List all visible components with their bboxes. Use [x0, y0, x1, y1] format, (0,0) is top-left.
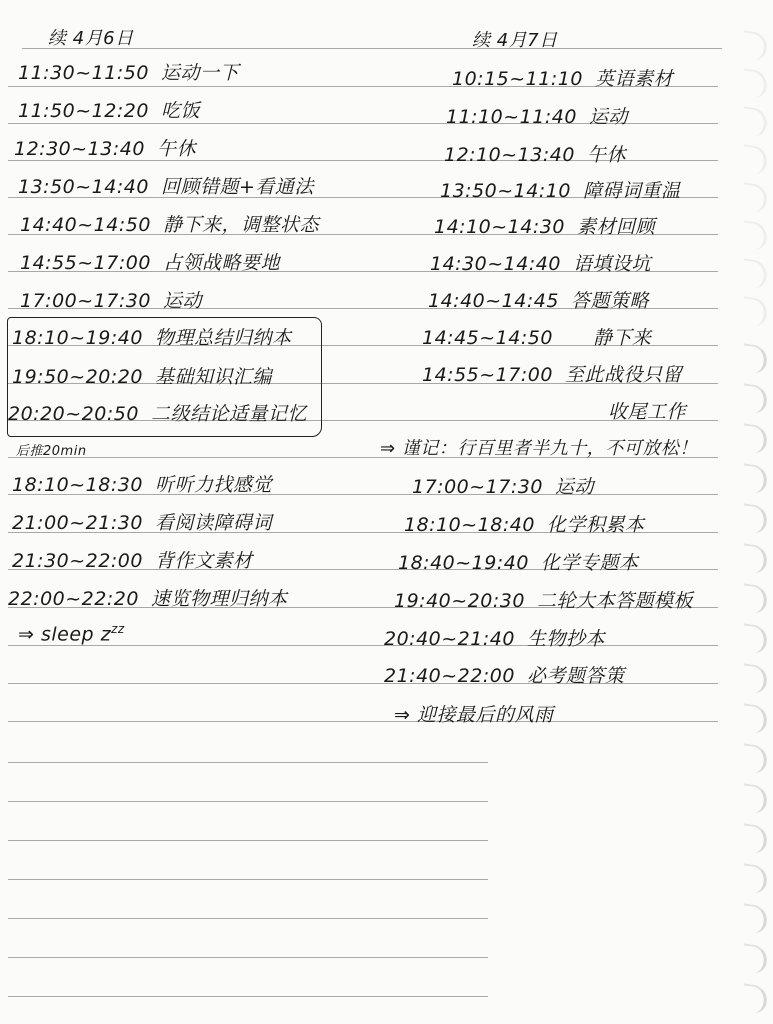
- schedule-entry: 14:30~14:40语填设坑: [430, 249, 651, 276]
- schedule-entry: 13:50~14:40回顾错题+看通法: [18, 172, 314, 199]
- entry-task: 英语素材: [595, 68, 673, 90]
- schedule-entry: 21:30~22:00背作文素材: [12, 546, 252, 573]
- schedule-entry: 14:55~17:00占领战略要地: [20, 248, 280, 275]
- binder-hole-icon: [740, 503, 769, 534]
- entry-time: 18:40~19:40: [398, 552, 529, 574]
- entry-time: 11:10~11:40: [446, 106, 577, 128]
- entry-task: 化学专题本: [541, 552, 639, 574]
- entry-time: 13:50~14:10: [440, 180, 571, 202]
- reminder-note: ⇒ 谨记：行百里者半九十，不可放松！: [380, 434, 698, 460]
- entry-task: 二级结论适量记忆: [151, 403, 307, 425]
- binder-hole-icon: [740, 943, 769, 974]
- schedule-entry: 11:30~11:50运动一下: [18, 58, 239, 85]
- entry-task: 必考题答策: [527, 665, 625, 687]
- ruled-line: [8, 918, 488, 919]
- ruled-line: [8, 762, 488, 763]
- entry-time: 14:40~14:45: [428, 290, 559, 312]
- schedule-entry: 18:10~18:30听听力找感觉: [12, 470, 272, 497]
- schedule-entry: 12:30~13:40午休: [14, 134, 196, 161]
- binder-hole-icon: [740, 106, 769, 137]
- entry-task: 运动: [555, 476, 594, 498]
- entry-task: 静下来: [593, 327, 652, 349]
- entry-time: 14:10~14:30: [434, 216, 565, 238]
- ruled-line: [8, 721, 718, 722]
- entry-time: 14:30~14:40: [430, 253, 561, 275]
- binder-hole-icon: [740, 543, 769, 574]
- schedule-entry: 11:10~11:40运动: [446, 102, 628, 129]
- entry-task: 静下来，调整状态: [163, 214, 319, 236]
- entry-task: 语填设坑: [573, 253, 651, 275]
- binder-hole-icon: [740, 703, 769, 734]
- binder-hole-icon: [740, 383, 769, 414]
- schedule-entry: 21:40~22:00必考题答策: [384, 661, 624, 688]
- binder-hole-icon: [740, 823, 769, 854]
- schedule-entry: 14:40~14:45答题策略: [428, 286, 649, 313]
- schedule-entry: 11:50~12:20吃饭: [18, 96, 200, 123]
- entry-time: 14:55~17:00: [422, 364, 553, 386]
- binder-hole-icon: [740, 182, 769, 213]
- entry-time: 17:00~17:30: [412, 476, 543, 498]
- binder-hole-icon: [740, 783, 769, 814]
- binder-hole-icon: [740, 863, 769, 894]
- schedule-entry: 10:15~11:10英语素材: [452, 64, 673, 91]
- entry-task: 看阅读障碍词: [155, 512, 272, 534]
- binder-hole-icon: [740, 258, 769, 289]
- entry-time: 18:10~18:40: [404, 514, 535, 536]
- entry-task: 回顾错题+看通法: [161, 176, 314, 198]
- entry-time: 21:30~22:00: [12, 550, 143, 572]
- schedule-entry: 19:40~20:30二轮大本答题模板: [394, 586, 693, 613]
- schedule-entry: 13:50~14:10障碍词重温: [440, 176, 680, 203]
- entry-task: 运动一下: [161, 62, 239, 84]
- binder-hole-icon: [740, 903, 769, 934]
- closing-note: ⇒ sleep zzz: [18, 622, 125, 645]
- binder-hole-icon: [740, 623, 769, 654]
- entry-task: 占领战略要地: [163, 252, 280, 274]
- entry-task: 至此战役只留: [565, 364, 682, 386]
- entry-time: 17:00~17:30: [20, 290, 151, 312]
- entry-task: 答题策略: [571, 290, 649, 312]
- binder-hole-icon: [740, 30, 769, 61]
- entry-task: 化学积累本: [547, 514, 645, 536]
- binder-hole-icon: [740, 423, 769, 454]
- entry-time: 14:40~14:50: [20, 214, 151, 236]
- schedule-entry-continued: 收尾工作: [608, 397, 686, 424]
- entry-time: 18:10~19:40: [12, 327, 143, 349]
- entry-task: 午休: [587, 144, 626, 166]
- entry-time: 20:40~21:40: [384, 628, 515, 650]
- binder-hole-icon: [740, 144, 769, 175]
- entry-time: 13:50~14:40: [18, 176, 149, 198]
- schedule-entry: 22:00~22:20速览物理归纳本: [8, 584, 287, 611]
- right-column-title: 续 4月7日: [472, 26, 558, 52]
- entry-time: 22:00~22:20: [8, 588, 139, 610]
- notebook-page: 续 4月6日 11:30~11:50运动一下 11:50~12:20吃饭 12:…: [0, 0, 773, 1024]
- ruled-line: [8, 957, 488, 958]
- binder-hole-icon: [740, 220, 769, 251]
- binder-hole-icon: [740, 743, 769, 774]
- ruled-line: [8, 996, 488, 997]
- schedule-entry: 18:40~19:40化学专题本: [398, 548, 638, 575]
- schedule-entry: 17:00~17:30运动: [20, 286, 202, 313]
- schedule-entry: 20:20~20:50二级结论适量记忆: [8, 399, 307, 426]
- binder-hole-icon: [740, 463, 769, 494]
- schedule-entry: 14:45~14:50静下来: [422, 323, 651, 350]
- entry-time: 11:50~12:20: [18, 100, 149, 122]
- entry-task: 速览物理归纳本: [151, 588, 288, 610]
- closing-superscript: zz: [111, 622, 125, 636]
- entry-time: 14:45~14:50: [422, 327, 553, 349]
- entry-task: 收尾工作: [608, 401, 686, 423]
- entry-time: 10:15~11:10: [452, 68, 583, 90]
- entry-time: 12:30~13:40: [14, 138, 145, 160]
- schedule-entry: 18:10~18:40化学积累本: [404, 510, 644, 537]
- binder-hole-icon: [740, 663, 769, 694]
- entry-task: 听听力找感觉: [155, 474, 272, 496]
- schedule-entry: 18:10~19:40物理总结归纳本: [12, 323, 291, 350]
- ruled-line: [8, 840, 488, 841]
- schedule-entry: 14:55~17:00至此战役只留: [422, 360, 682, 387]
- entry-task: 生物抄本: [527, 628, 605, 650]
- left-column-title: 续 4月6日: [48, 24, 134, 50]
- binder-hole-icon: [740, 343, 769, 374]
- schedule-entry: 14:40~14:50静下来，调整状态: [20, 210, 319, 237]
- entry-time: 14:55~17:00: [20, 252, 151, 274]
- schedule-entry: 12:10~13:40午休: [444, 140, 626, 167]
- schedule-entry: 21:00~21:30看阅读障碍词: [12, 508, 272, 535]
- schedule-entry: 17:00~17:30运动: [412, 472, 594, 499]
- entry-time: 20:20~20:50: [8, 403, 139, 425]
- ruled-line: [8, 801, 488, 802]
- entry-time: 21:00~21:30: [12, 512, 143, 534]
- binder-hole-icon: [740, 68, 769, 99]
- entry-task: 吃饭: [161, 100, 200, 122]
- schedule-entry: 19:50~20:20基础知识汇编: [12, 362, 272, 389]
- entry-task: 基础知识汇编: [155, 366, 272, 388]
- box-note: 后推20min: [16, 440, 87, 459]
- entry-task: 运动: [163, 290, 202, 312]
- entry-time: 19:40~20:30: [394, 590, 525, 612]
- entry-task: 午休: [157, 138, 196, 160]
- entry-task: 背作文素材: [155, 550, 253, 572]
- ruled-line: [8, 879, 488, 880]
- entry-time: 19:50~20:20: [12, 366, 143, 388]
- entry-task: 物理总结归纳本: [155, 327, 292, 349]
- entry-task: 二轮大本答题模板: [537, 590, 693, 612]
- entry-task: 运动: [589, 106, 628, 128]
- closing-text: ⇒ sleep z: [18, 623, 111, 645]
- entry-task: 素材回顾: [577, 216, 655, 238]
- binder-hole-icon: [740, 983, 769, 1014]
- entry-time: 12:10~13:40: [444, 144, 575, 166]
- schedule-entry: 20:40~21:40生物抄本: [384, 624, 605, 651]
- entry-time: 18:10~18:30: [12, 474, 143, 496]
- schedule-entry: 14:10~14:30素材回顾: [434, 212, 655, 239]
- entry-time: 11:30~11:50: [18, 62, 149, 84]
- closing-note: ⇒ 迎接最后的风雨: [394, 700, 553, 727]
- binder-hole-icon: [740, 583, 769, 614]
- entry-time: 21:40~22:00: [384, 665, 515, 687]
- entry-task: 障碍词重温: [583, 180, 681, 202]
- binder-hole-icon: [740, 296, 769, 327]
